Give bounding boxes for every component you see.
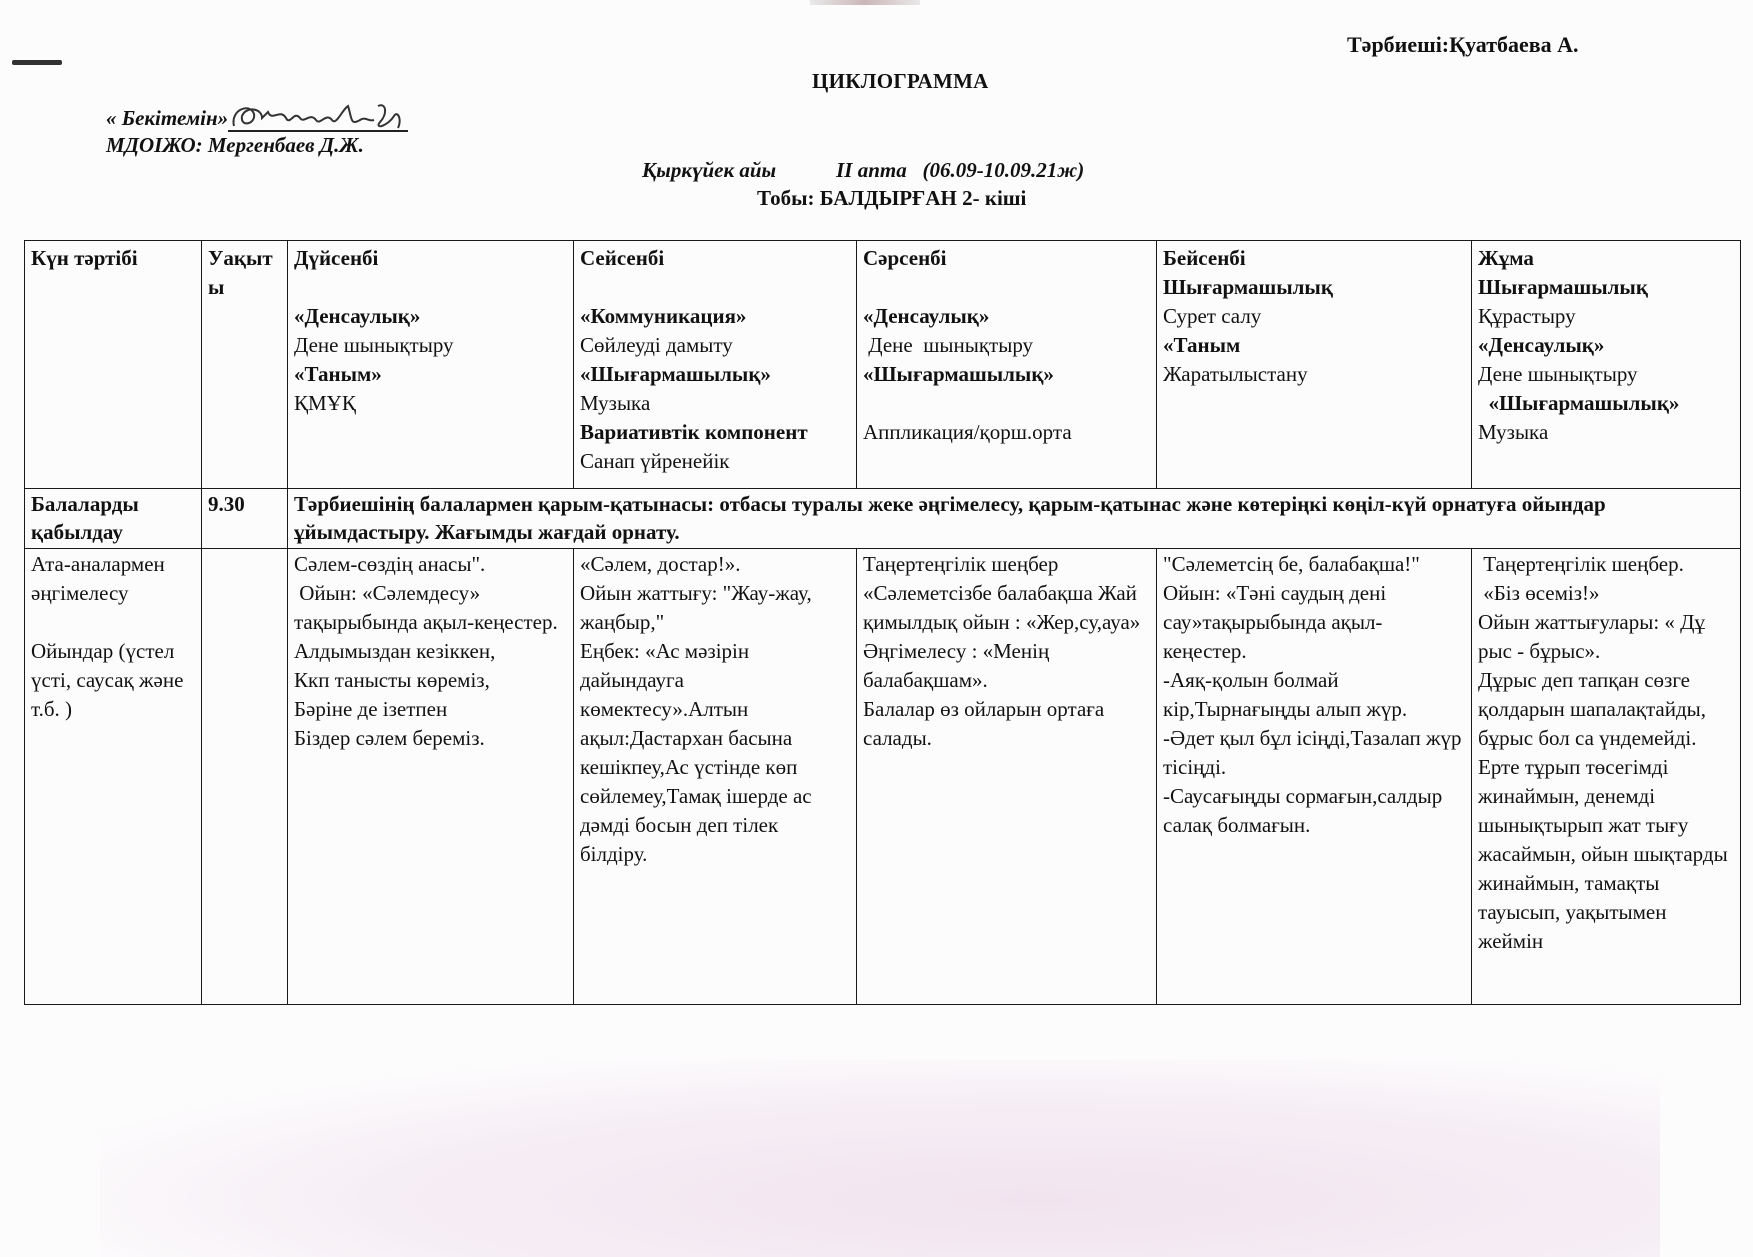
subject-area: «Шығармашылық» [863,360,1150,389]
subject: Сурет салу [1163,302,1465,331]
group-label: Тобы: БАЛДЫРҒАН 2- кіші [757,186,1026,211]
subject: Дене шынықтыру [294,331,567,360]
subject: Музыка [1478,418,1734,447]
cyclogram-table: Күн тәртібі Уақыты Дүйсенбі«Денсаулық»Де… [24,240,1741,1005]
activity-line: «Сәлеметсізбе балабақша Жай қимылдық ойы… [863,579,1150,637]
activity-line: -Саусағыңды сормағын,салдыр салақ болмағ… [1163,782,1465,840]
day-name: Бейсенбі [1163,244,1465,273]
activity-line: Алдымыздан кезіккен, [294,637,567,666]
week-label: ІІ апта (06.09-10.09.21ж) [836,158,1084,182]
subject-area: «Денсаулық» [863,302,1150,331]
activity-line: Еңбек: «Ас мәзірін дайындауга көмектесу»… [580,637,850,869]
header-day-friday: ЖұмаШығармашылықҚұрастыру«Денсаулық»Дене… [1472,241,1741,489]
activity-line: Сәлем-сөздің анасы". [294,550,567,579]
subject: Жаратылыстану [1163,360,1465,389]
day-name: Жұма [1478,244,1734,273]
header-routine: Күн тәртібі [25,241,202,489]
activity-line: Балалар өз ойларын ортаға салады. [863,695,1150,753]
header-day-thursday: БейсенбіШығармашылықСурет салу«ТанымЖара… [1157,241,1472,489]
activity-line: Ойын жаттығу: "Жау-жау, жаңбыр," [580,579,850,637]
approve-label: « Бекітемін» [106,106,228,130]
reception-text: Тәрбиешінің балалармен қарым-қатынасы: о… [288,489,1741,549]
subject: Құрастыру [1478,302,1734,331]
page-title: ЦИКЛОГРАММА [812,69,989,94]
director-name: МДОІЖО: Мергенбаев Д.Ж. [106,132,408,159]
subject [863,389,1150,418]
activity-thursday: "Сәлеметсің бе, балабақша!" Ойын: «Тәні … [1157,549,1472,1005]
day-name: Сәрсенбі [863,244,1150,273]
subject-area: «Денсаулық» [1478,331,1734,360]
month-label: Қыркүйек айы [642,158,776,182]
subject: Дене шынықтыру [1478,360,1734,389]
activity-line: Әңгімелесу : «Менің балабақшам». [863,637,1150,695]
table-row-activities: Ата-аналармен әңгімелесуОйындар (үстел ү… [25,549,1741,1005]
header-day-tuesday: Сейсенбі«Коммуникация»Сөйлеуді дамыту«Шы… [574,241,857,489]
reception-time: 9.30 [202,489,288,549]
subject: Сөйлеуді дамыту [580,331,850,360]
activity-line: Дұрыс деп тапқан сөзге қолдарын шапалақт… [1478,666,1734,956]
period-line: Қыркүйек айыІІ апта (06.09-10.09.21ж) [642,158,1084,183]
subject: Дене шынықтыру [863,331,1150,360]
scan-mark [12,60,62,65]
activity-line: Біздер сәлем береміз. [294,724,567,753]
activity-line: «Біз өсеміз!» [1478,579,1734,608]
subject-area: Шығармашылық [1163,273,1465,302]
activities-routine: Ата-аналармен әңгімелесуОйындар (үстел ү… [25,549,202,1005]
subject-area: «Шығармашылық» [580,360,850,389]
approval-block: « Бекітемін» МДОІЖО: Мергенбаев Д.Ж. [106,105,408,159]
subject: Музыка [580,389,850,418]
signature [228,108,408,132]
scan-artifact [810,0,920,5]
activity-line: -Аяқ-қолын болмай кір,Тырнағыңды алып жү… [1163,666,1465,724]
routine-line: Ойындар (үстел үсті, саусақ және т.б. ) [31,637,195,724]
activity-tuesday: «Сәлем, достар!».Ойын жаттығу: "Жау-жау,… [574,549,857,1005]
activity-line: Бәріне де ізетпен [294,695,567,724]
activity-line: Ккп танысты көреміз, [294,666,567,695]
activity-line: "Сәлеметсің бе, балабақша!" Ойын: «Тәні … [1163,550,1465,666]
subject-area: «Таным [1163,331,1465,360]
subject-area: «Денсаулық» [294,302,567,331]
table-row-reception: Балаларды қабылдау 9.30 Тәрбиешінің бала… [25,489,1741,549]
activity-line: Ойын: «Сәлемдесу» тақырыбында ақыл-кеңес… [294,579,567,637]
subject: Санап үйренейік [580,447,850,476]
activity-line: -Әдет қыл бұл ісіңді,Тазалап жүр тісіңді… [1163,724,1465,782]
subject [863,273,1150,302]
subject-area: «Коммуникация» [580,302,850,331]
routine-line [31,608,195,637]
activity-line: Таңертеңгілік шеңбер [863,550,1150,579]
subject [294,273,567,302]
reception-routine: Балаларды қабылдау [25,489,202,549]
teacher-name: Тәрбиеші:Қуатбаева А. [1347,32,1579,58]
subject-area: Шығармашылық [1478,273,1734,302]
routine-line: Ата-аналармен әңгімелесу [31,550,195,608]
day-name: Сейсенбі [580,244,850,273]
subject-area: «Шығармашылық» [1478,389,1734,418]
subject-area: «Таным» [294,360,567,389]
subject: Аппликация/қорш.орта [863,418,1150,447]
header-day-monday: Дүйсенбі«Денсаулық»Дене шынықтыру«Таным»… [288,241,574,489]
subject-area: Вариативтік компонент [580,418,850,447]
subject: ҚМҰҚ [294,389,567,418]
paper-stain [100,1060,1660,1257]
subject [580,273,850,302]
header-day-wednesday: Сәрсенбі«Денсаулық» Дене шынықтыру«Шығар… [857,241,1157,489]
activity-wednesday: Таңертеңгілік шеңбер«Сәлеметсізбе балаба… [857,549,1157,1005]
signature-icon [228,100,418,134]
activity-line: Таңертеңгілік шеңбер. [1478,550,1734,579]
day-name: Дүйсенбі [294,244,567,273]
activities-time [202,549,288,1005]
table-header-row: Күн тәртібі Уақыты Дүйсенбі«Денсаулық»Де… [25,241,1741,489]
activity-line: «Сәлем, достар!». [580,550,850,579]
header-time: Уақыты [202,241,288,489]
activity-monday: Сәлем-сөздің анасы". Ойын: «Сәлемдесу» т… [288,549,574,1005]
activity-line: Ойын жаттығулары: « Дұ рыс - бұрыс». [1478,608,1734,666]
activity-friday: Таңертеңгілік шеңбер. «Біз өсеміз!»Ойын … [1472,549,1741,1005]
